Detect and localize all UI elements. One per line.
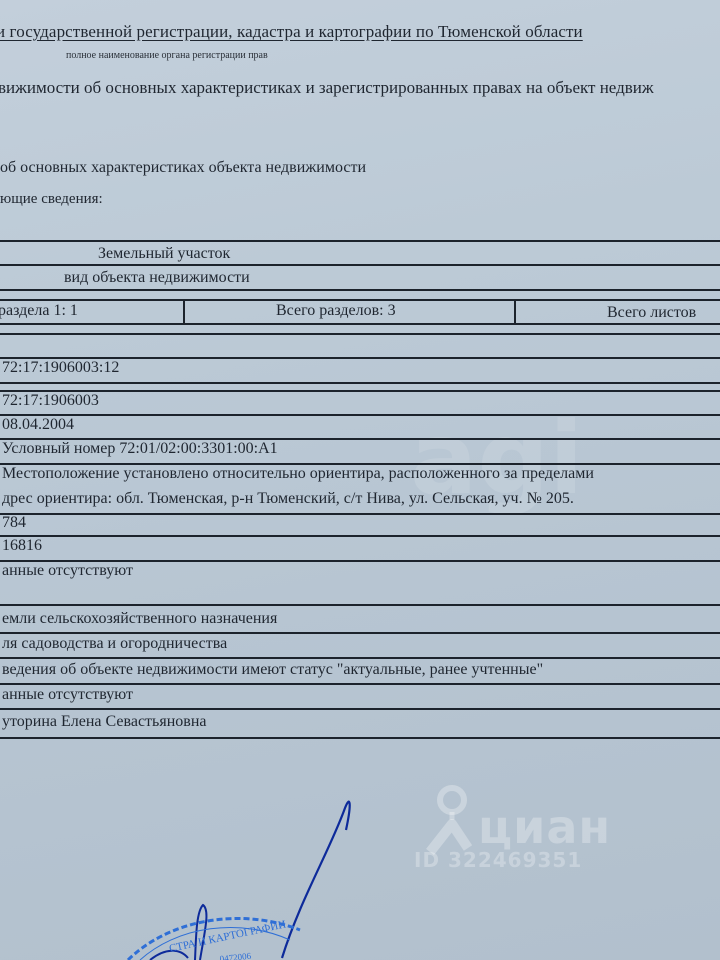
signature-icon xyxy=(0,0,720,960)
svg-text:СТРА И КАРТОГРАФИИ: СТРА И КАРТОГРАФИИ xyxy=(168,918,287,955)
stamp-icon: СТРА И КАРТОГРАФИИ 0472006 xyxy=(100,900,340,960)
watermark-listing-id: ID 322469351 xyxy=(414,848,582,872)
svg-text:0472006: 0472006 xyxy=(219,951,252,960)
watermark-brand: циан xyxy=(478,800,611,854)
